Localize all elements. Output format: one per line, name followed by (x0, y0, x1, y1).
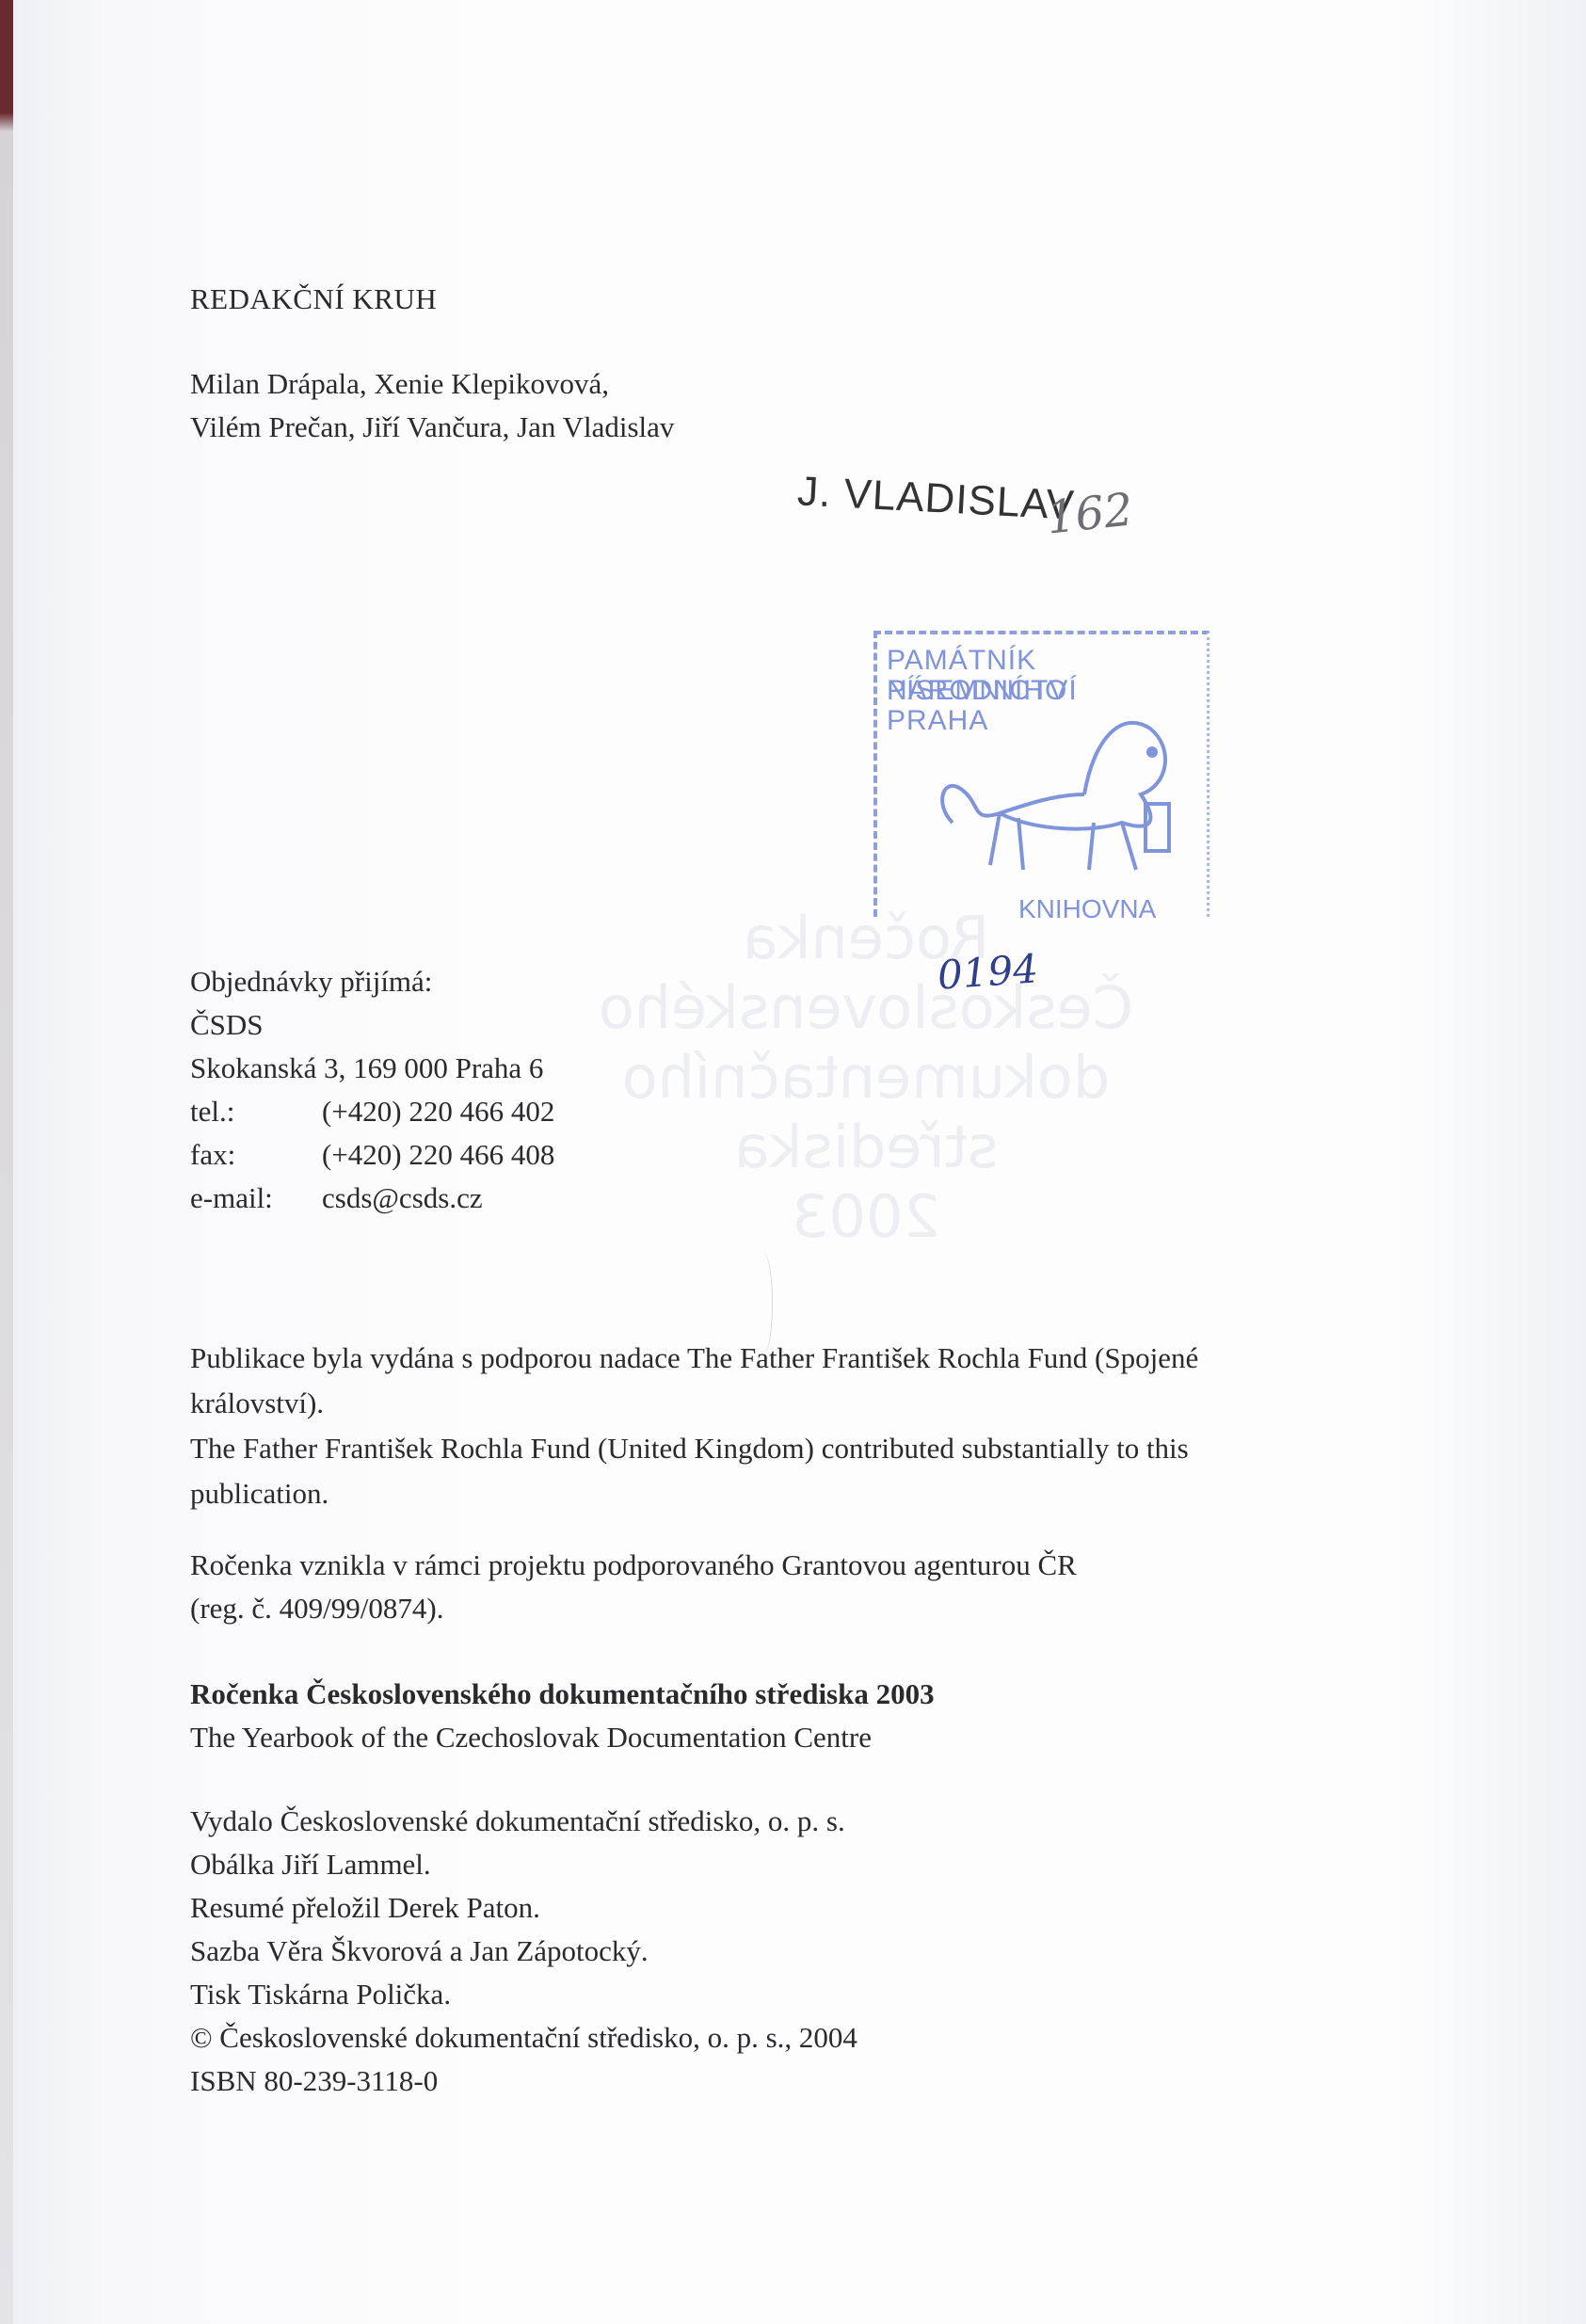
show-through-line: Československého (442, 973, 1290, 1043)
editorial-board: REDAKČNÍ KRUH (190, 278, 437, 321)
imprint-copyright: © Československé dokumentační středisko,… (190, 2016, 857, 2060)
fax-label: fax: (190, 1133, 322, 1177)
orders-fax: fax: (+420) 220 466 408 (190, 1133, 554, 1177)
orders-address: Skokanská 3, 169 000 Praha 6 (190, 1047, 554, 1090)
support-section: Publikace byla vydána s podporou nadace … (190, 1336, 1198, 1516)
editorial-board-heading: REDAKČNÍ KRUH (190, 278, 437, 321)
inventory-number: 0194 (936, 945, 1039, 998)
imprint-publisher: Vydalo Československé dokumentační střed… (190, 1800, 857, 1843)
support-en-line: publication. (190, 1471, 1198, 1516)
editorial-board-members: Milan Drápala, Xenie Klepikovová, Vilém … (190, 362, 674, 449)
support-cz-line: Publikace byla vydána s podporou nadace … (190, 1336, 1198, 1381)
imprint-section: Vydalo Československé dokumentační střed… (190, 1800, 857, 2103)
support-en-line: The Father František Rochla Fund (United… (190, 1426, 1198, 1471)
show-through-line: 2003 (442, 1182, 1290, 1252)
imprint-typesetting: Sazba Věra Škvorová a Jan Zápotocký. (190, 1930, 857, 1973)
email-value: csds@csds.cz (322, 1177, 483, 1220)
show-through-line: dokumentačního (442, 1043, 1290, 1113)
title-en: The Yearbook of the Czechoslovak Documen… (190, 1716, 935, 1759)
library-stamp: PAMÁTNÍK NÁRODNÍHO PÍSEMNICTVÍ PRAHA KNI… (873, 631, 1210, 917)
orders-email: e-mail: csds@csds.cz (190, 1177, 554, 1220)
orders-heading: Objednávky přijímá: (190, 960, 554, 1003)
email-label: e-mail: (190, 1177, 322, 1220)
members-line: Milan Drápala, Xenie Klepikovová, (190, 362, 674, 406)
imprint-translation: Resumé přeložil Derek Paton. (190, 1886, 857, 1930)
grant-line: Ročenka vznikla v rámci projektu podporo… (190, 1544, 1077, 1587)
orders-org: ČSDS (190, 1003, 554, 1047)
book-spine-edge (0, 0, 13, 2324)
title-section: Ročenka Československého dokumentačního … (190, 1673, 935, 1759)
tel-value: (+420) 220 466 402 (322, 1090, 554, 1133)
orders-section: Objednávky přijímá: ČSDS Skokanská 3, 16… (190, 960, 554, 1220)
handwritten-number: 162 (1044, 483, 1135, 544)
fax-value: (+420) 220 466 408 (322, 1133, 554, 1177)
imprint-isbn: ISBN 80-239-3118-0 (190, 2060, 857, 2103)
imprint-cover: Obálka Jiří Lammel. (190, 1843, 857, 1886)
lion-icon (934, 700, 1188, 889)
members-line: Vilém Prečan, Jiří Vančura, Jan Vladisla… (190, 406, 674, 449)
grant-section: Ročenka vznikla v rámci projektu podporo… (190, 1544, 1077, 1630)
title-cz: Ročenka Československého dokumentačního … (190, 1673, 935, 1716)
tel-label: tel.: (190, 1090, 322, 1133)
show-through-line: střediska (442, 1113, 1290, 1182)
imprint-printing: Tisk Tiskárna Polička. (190, 1973, 857, 2016)
stamp-bottom: KNIHOVNA (1018, 894, 1156, 924)
grant-line: (reg. č. 409/99/0874). (190, 1587, 1077, 1630)
show-through-text: Ročenka Československého dokumentačního … (442, 904, 1290, 1252)
support-cz-line: království). (190, 1381, 1198, 1426)
orders-tel: tel.: (+420) 220 466 402 (190, 1090, 554, 1133)
